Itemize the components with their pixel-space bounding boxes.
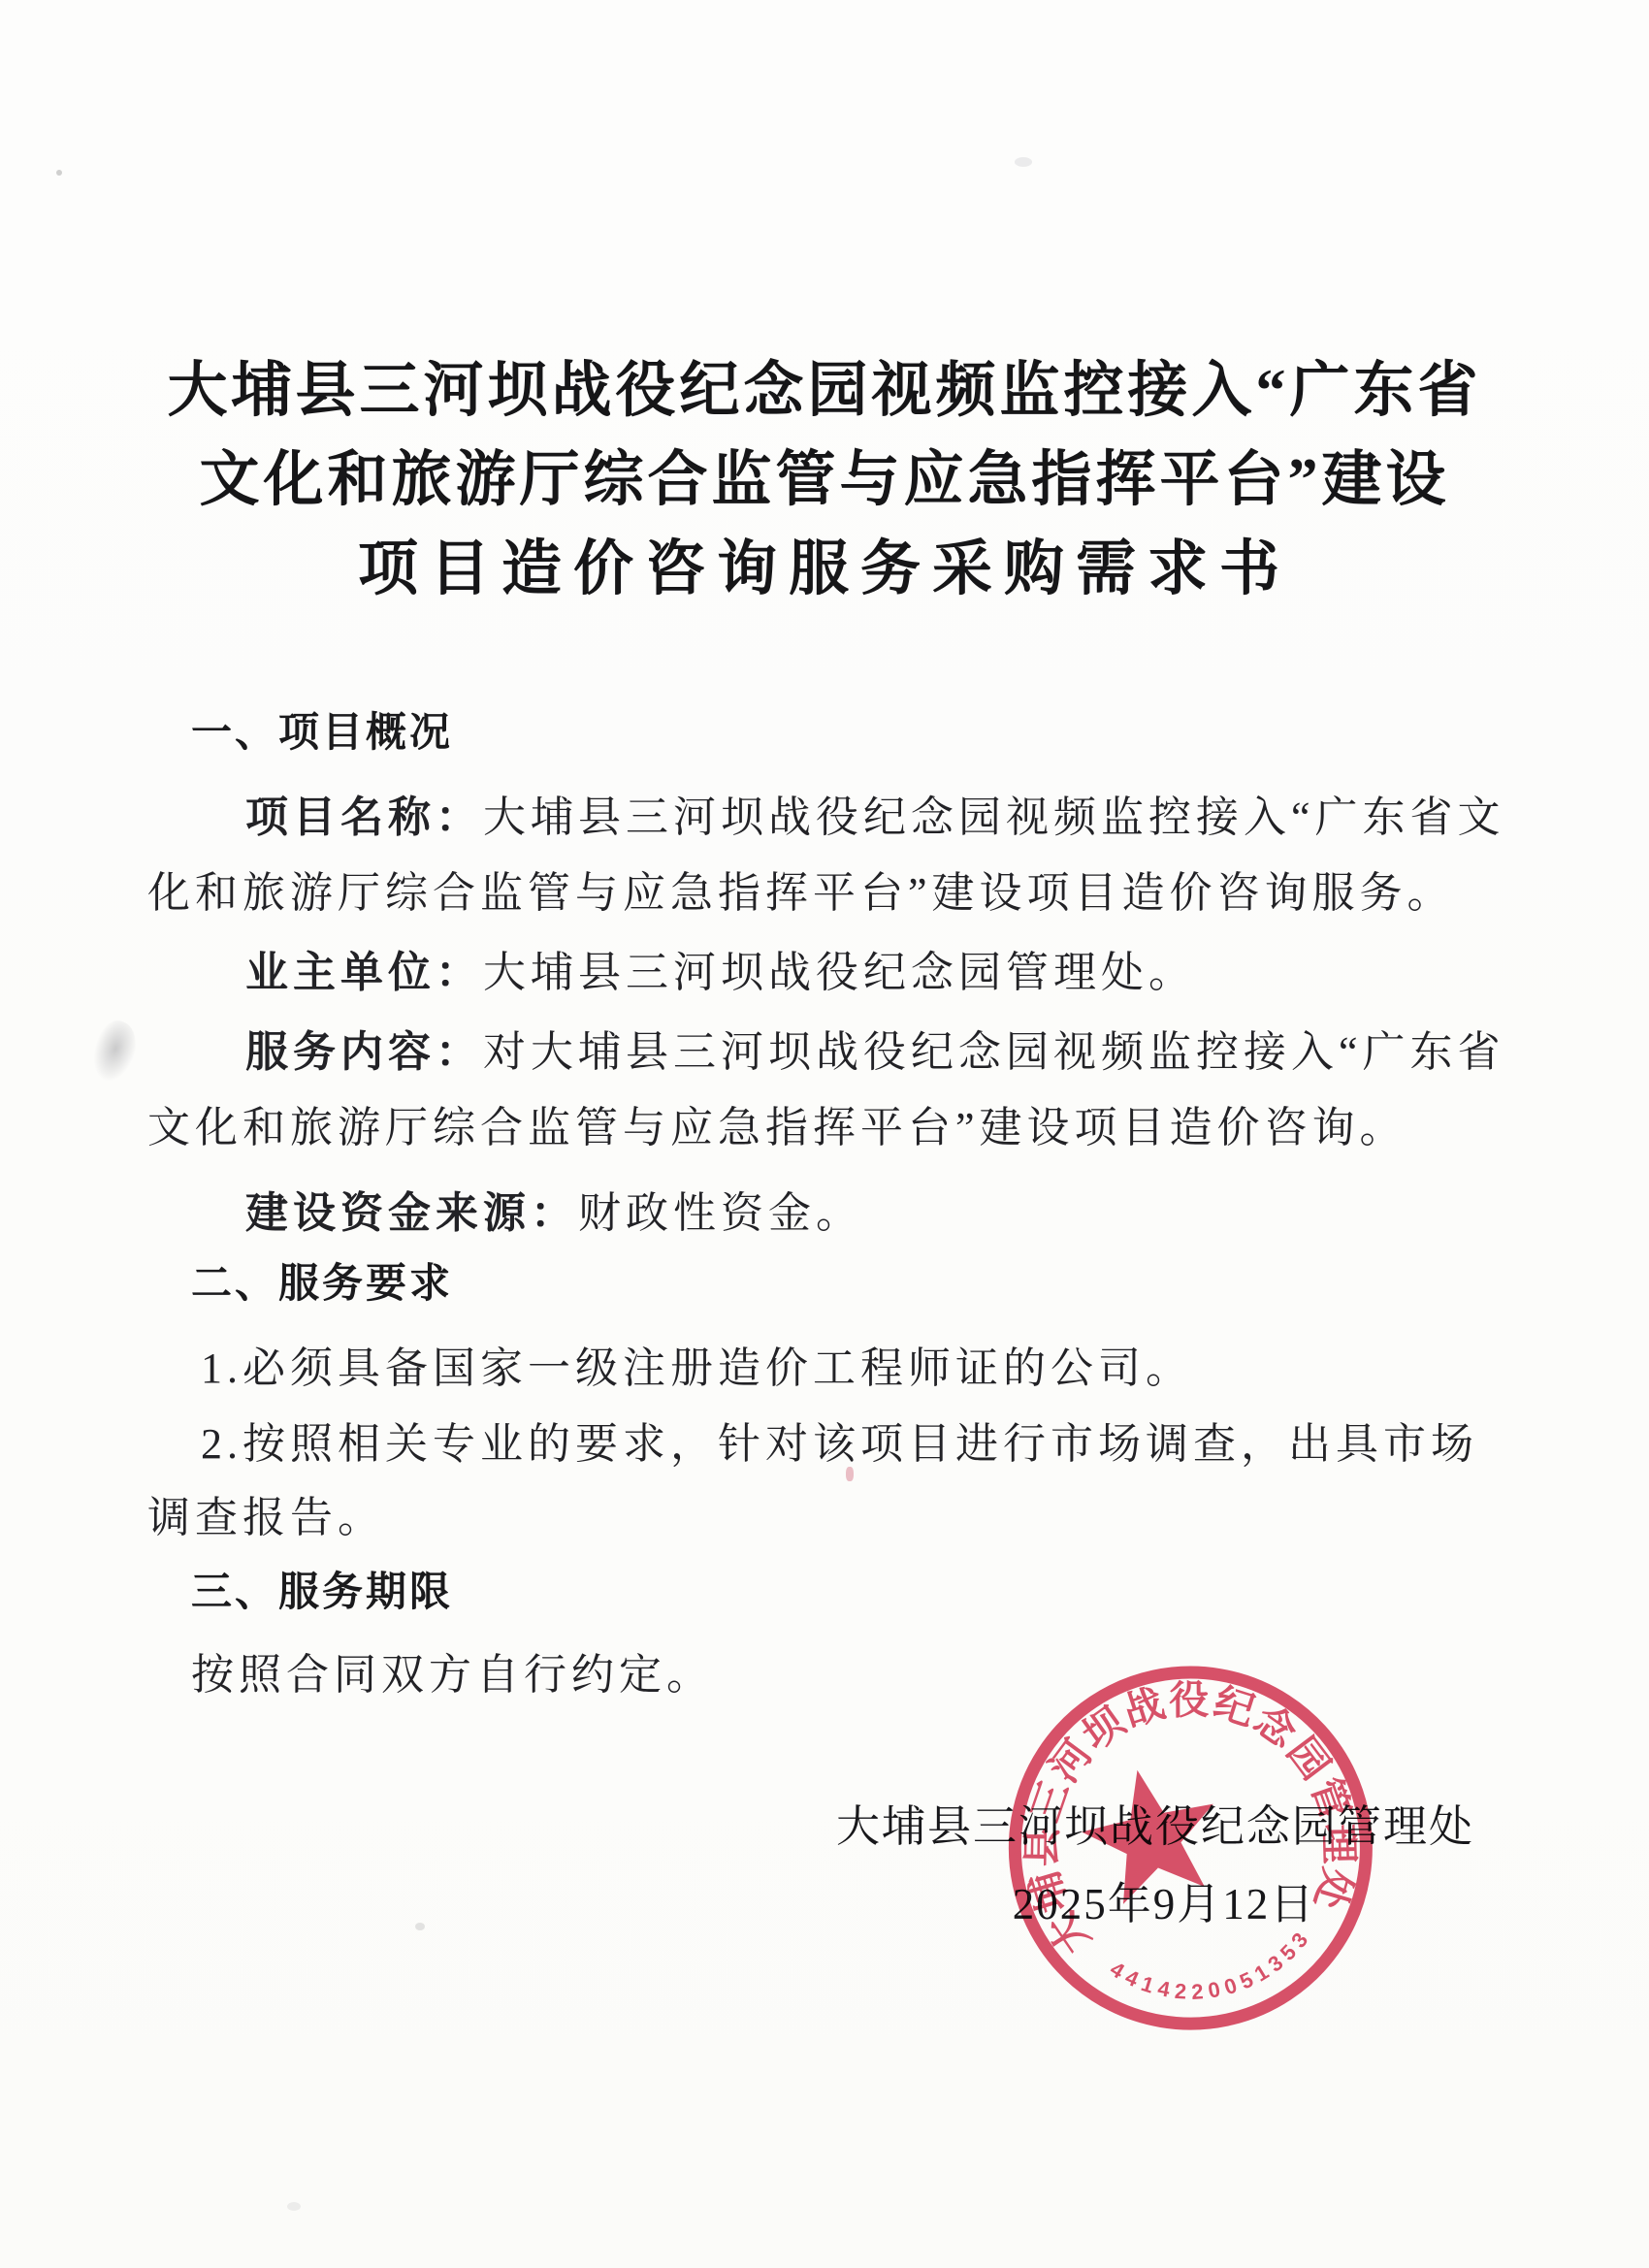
requirement-item-2-line-1: 2.按照相关专业的要求，针对该项目进行市场调查，出具市场 xyxy=(201,1409,1478,1471)
paragraph-service-content-text: 对大埔县三河坝战役纪念园视频监控接入“广东省 xyxy=(483,1028,1505,1076)
section-heading-3: 三、服务期限 xyxy=(191,1560,453,1618)
paragraph-project-name-line-1: 项目名称：大埔县三河坝战役纪念园视频监控接入“广东省文 xyxy=(245,782,1505,844)
section-heading-1: 一、项目概况 xyxy=(191,700,453,759)
seal-number-text: 4414220051353 xyxy=(1102,1916,1325,2024)
requirement-item-2-line-2: 调查报告。 xyxy=(147,1482,385,1544)
paragraph-service-content-label: 服务内容： xyxy=(245,1028,483,1076)
signature-organization: 大埔县三河坝战役纪念园管理处 xyxy=(836,1791,1474,1854)
section-heading-2: 二、服务要求 xyxy=(191,1251,453,1310)
scan-noise-speck xyxy=(415,1923,425,1930)
scan-noise-speck xyxy=(1015,157,1032,167)
scan-noise-speck xyxy=(287,2202,301,2211)
paragraph-funding-source: 建设资金来源：财政性资金。 xyxy=(245,1178,863,1240)
paragraph-owner-unit-label: 业主单位： xyxy=(245,949,483,996)
document-title-line-2: 文化和旅游厅综合监管与应急指挥平台”建设 xyxy=(0,431,1649,517)
paragraph-project-name-label: 项目名称： xyxy=(245,794,483,841)
paragraph-funding-source-text: 财政性资金。 xyxy=(578,1189,863,1237)
signature-date: 2025年9月12日 xyxy=(1004,1868,1324,1931)
scan-noise-speck xyxy=(56,170,62,176)
document-title-line-3: 项目造价咨询服务采购需求书 xyxy=(0,520,1649,606)
paragraph-funding-source-label: 建设资金来源： xyxy=(245,1189,578,1237)
scan-noise-smudge xyxy=(85,1016,144,1087)
requirement-item-1: 1.必须具备国家一级注册造价工程师证的公司。 xyxy=(201,1333,1193,1395)
paragraph-service-content-line-1: 服务内容：对大埔县三河坝战役纪念园视频监控接入“广东省 xyxy=(245,1017,1505,1079)
paragraph-owner-unit: 业主单位：大埔县三河坝战役纪念园管理处。 xyxy=(245,937,1196,999)
paragraph-project-name-text: 大埔县三河坝战役纪念园视频监控接入“广东省文 xyxy=(483,794,1505,841)
paragraph-service-content-line-2: 文化和旅游厅综合监管与应急指挥平台”建设项目造价咨询。 xyxy=(147,1092,1407,1154)
document-title-line-1: 大埔县三河坝战役纪念园视频监控接入“广东省 xyxy=(0,341,1649,428)
paragraph-project-name-line-2: 化和旅游厅综合监管与应急指挥平台”建设项目造价咨询服务。 xyxy=(147,858,1455,920)
paragraph-owner-unit-text: 大埔县三河坝战役纪念园管理处。 xyxy=(483,949,1196,996)
paragraph-service-period: 按照合同双方自行约定。 xyxy=(191,1639,714,1701)
scanned-document-page: 大埔县三河坝战役纪念园视频监控接入“广东省 文化和旅游厅综合监管与应急指挥平台”… xyxy=(0,0,1649,2268)
